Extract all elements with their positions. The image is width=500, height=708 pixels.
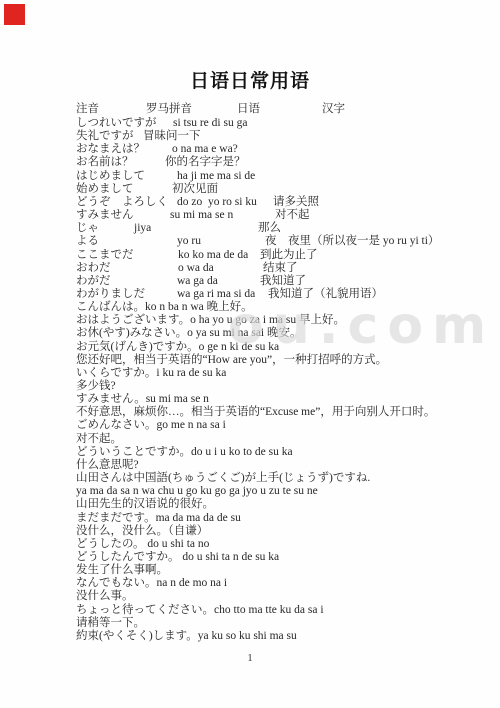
doc-line: すみませんsu mi ma se n对不起 xyxy=(0,209,500,222)
text-segment: 冒昧问一下 xyxy=(143,130,201,143)
doc-line: ちょっと待ってください。cho tto ma tte ku da sa i xyxy=(0,604,500,617)
text-segment: おなまえは？ xyxy=(76,143,145,156)
text-segment: 到此为止了 xyxy=(260,249,318,262)
document-page: 日语日常用语 ou.com 注音罗马拼音日语汉字しつれいですがsi tsu re… xyxy=(0,0,500,708)
text-segment: 多少钱? xyxy=(76,380,116,393)
doc-line: 没什么，没什么。（自谦） xyxy=(0,525,500,538)
text-segment: 初次见面 xyxy=(172,183,218,196)
text-segment: 您还好吧，相当于英语的“How are you”，一种打招呼的方式。 xyxy=(76,354,387,367)
text-segment: おはようございます。o ha yo u go za i ma su 早上好。 xyxy=(76,314,345,327)
text-segment: 对不起 xyxy=(275,209,310,222)
text-segment: 日语 xyxy=(237,103,260,116)
doc-line: お休(やす)みなさい。o ya su mi na sai 晚安。 xyxy=(0,327,500,340)
doc-line: わがりましだwa ga ri ma si da我知道了（礼貌用语） xyxy=(0,288,500,301)
text-segment: お休(やす)みなさい。o ya su mi na sai 晚安。 xyxy=(76,327,302,340)
text-segment: wa ga da xyxy=(177,275,218,288)
text-segment: 什么意思呢? xyxy=(76,459,139,472)
doc-line: じゃjiya那么 xyxy=(0,222,500,235)
text-segment: すみません xyxy=(76,209,134,222)
text-segment: こんばんは。ko n ba n wa 晚上好。 xyxy=(76,301,253,314)
doc-line: よるyo ru夜 夜里（所以夜一是 yo ru yi ti） xyxy=(0,235,500,248)
doc-line: ここまでだko ko ma de da到此为止了 xyxy=(0,249,500,262)
text-segment: 我知道了（礼貌用语） xyxy=(268,288,383,301)
text-segment: 山田先生的汉语说的很好。 xyxy=(76,498,214,511)
doc-line: お名前は？你的名字字是？ xyxy=(0,156,500,169)
text-segment: 发生了什么事啊。 xyxy=(76,564,168,577)
text-segment: わがだ xyxy=(76,275,111,288)
text-segment: do zo yo ro si ku xyxy=(177,196,257,209)
text-segment: いくらですか。i ku ra de su ka xyxy=(76,367,226,380)
text-segment: 那么 xyxy=(258,222,281,235)
doc-line: お元気(げんき)ですか。o ge n ki de su ka xyxy=(0,341,500,354)
text-segment: お名前は？ xyxy=(76,156,134,169)
text-segment: すみません。su mi ma se n xyxy=(76,393,209,406)
doc-line: 山田先生的汉语说的很好。 xyxy=(0,498,500,511)
doc-line: いくらですか。i ku ra de su ka xyxy=(0,367,500,380)
text-segment: jiya xyxy=(134,222,151,235)
text-segment: ko ko ma de da xyxy=(178,249,248,262)
table-header-row: 注音罗马拼音日语汉字 xyxy=(0,103,500,116)
text-segment: はじめまして xyxy=(76,170,145,183)
text-segment: yo ru xyxy=(177,235,201,248)
text-segment: 山田さんは中国語(ちゅうごくご)が上手(じょうず)ですね. xyxy=(76,472,370,485)
text-segment: どういうことですか。do u i u ko to de su ka xyxy=(76,446,293,459)
doc-line: ya ma da sa n wa chu u go ku go ga jyo u… xyxy=(0,485,500,498)
text-segment: 你的名字字是？ xyxy=(165,156,246,169)
text-segment: 失礼ですが xyxy=(76,130,134,143)
doc-line: 没什么事。 xyxy=(0,590,500,603)
doc-line: どういうことですか。do u i u ko to de su ka xyxy=(0,446,500,459)
text-segment: 没什么，没什么。（自谦） xyxy=(76,525,208,538)
doc-line: 山田さんは中国語(ちゅうごくご)が上手(じょうず)ですね. xyxy=(0,472,500,485)
doc-line: はじめましてha ji me ma si de xyxy=(0,170,500,183)
text-segment: まだまだです。ma da ma da de su xyxy=(76,512,241,525)
text-segment: 不好意思，麻烦你…。相当于英语的“Excuse me”，用于向别人开口时。 xyxy=(76,406,435,419)
text-segment: よる xyxy=(76,235,99,248)
doc-line: おわだo wa da结束了 xyxy=(0,262,500,275)
text-segment: どうしたの。 do u shi ta no xyxy=(76,538,209,551)
text-segment: 对不起。 xyxy=(76,433,122,446)
text-segment: ごめんなさい。go me n na sa i xyxy=(76,419,226,432)
text-segment: ya ma da sa n wa chu u go ku go ga jyo u… xyxy=(76,485,318,498)
doc-line: 多少钱? xyxy=(0,380,500,393)
text-segment: 始めまして xyxy=(76,183,134,196)
text-segment: su mi ma se n xyxy=(170,209,233,222)
text-segment: どうしたんですか。 do u shi ta n de su ka xyxy=(76,551,279,564)
text-segment: 请稍等一下。 xyxy=(76,617,145,630)
doc-line: 不好意思，麻烦你…。相当于英语的“Excuse me”，用于向别人开口时。 xyxy=(0,406,500,419)
doc-line: どうしたの。 do u shi ta no xyxy=(0,538,500,551)
doc-line: 失礼ですが冒昧问一下 xyxy=(0,130,500,143)
text-segment: じゃ xyxy=(76,222,99,235)
text-segment: si tsu re di su ga xyxy=(173,117,247,130)
doc-line: 对不起。 xyxy=(0,433,500,446)
text-segment: 我知道了 xyxy=(260,275,306,288)
doc-line: 请稍等一下。 xyxy=(0,617,500,630)
doc-line: おなまえは？o na ma e wa? xyxy=(0,143,500,156)
text-segment: 注音 xyxy=(76,103,99,116)
doc-line: 您还好吧，相当于英语的“How are you”，一种打招呼的方式。 xyxy=(0,354,500,367)
text-segment: o wa da xyxy=(178,262,214,275)
text-segment: 夜 夜里（所以夜一是 yo ru yi ti） xyxy=(265,235,439,248)
text-segment: どうぞ よろしく xyxy=(76,196,168,209)
document-lines: 注音罗马拼音日语汉字しつれいですがsi tsu re di su ga失礼ですが… xyxy=(0,0,500,708)
doc-line: なんでもない。na n de mo na i xyxy=(0,577,500,590)
doc-line: どうぞ よろしくdo zo yo ro si ku请多关照 xyxy=(0,196,500,209)
text-segment: わがりましだ xyxy=(76,288,145,301)
text-segment: 約束(やくそく)します。ya ku so ku shi ma su xyxy=(76,630,297,643)
doc-line: おはようございます。o ha yo u go za i ma su 早上好。 xyxy=(0,314,500,327)
doc-line: どうしたんですか。 do u shi ta n de su ka xyxy=(0,551,500,564)
text-segment: wa ga ri ma si da xyxy=(177,288,255,301)
doc-line: すみません。su mi ma se n xyxy=(0,393,500,406)
text-segment: 没什么事。 xyxy=(76,590,134,603)
text-segment: ここまでだ xyxy=(76,249,134,262)
text-segment: ha ji me ma si de xyxy=(177,170,255,183)
text-segment: お元気(げんき)ですか。o ge n ki de su ka xyxy=(76,341,279,354)
text-segment: 罗马拼音 xyxy=(146,103,192,116)
doc-line: わがだwa ga da我知道了 xyxy=(0,275,500,288)
doc-line: 始めまして初次见面 xyxy=(0,183,500,196)
doc-line: 約束(やくそく)します。ya ku so ku shi ma su xyxy=(0,630,500,643)
text-segment: 请多关照 xyxy=(273,196,319,209)
doc-line: 发生了什么事啊。 xyxy=(0,564,500,577)
doc-line: ごめんなさい。go me n na sa i xyxy=(0,419,500,432)
text-segment: おわだ xyxy=(76,262,111,275)
doc-line: 什么意思呢? xyxy=(0,459,500,472)
text-segment: 汉字 xyxy=(322,103,345,116)
text-segment: しつれいですが xyxy=(76,117,157,130)
doc-line: しつれいですがsi tsu re di su ga xyxy=(0,117,500,130)
text-segment: 结束了 xyxy=(263,262,298,275)
text-segment: なんでもない。na n de mo na i xyxy=(76,577,227,590)
doc-line: まだまだです。ma da ma da de su xyxy=(0,512,500,525)
text-segment: o na ma e wa? xyxy=(172,143,238,156)
text-segment: ちょっと待ってください。cho tto ma tte ku da sa i xyxy=(76,604,324,617)
doc-line: こんばんは。ko n ba n wa 晚上好。 xyxy=(0,301,500,314)
